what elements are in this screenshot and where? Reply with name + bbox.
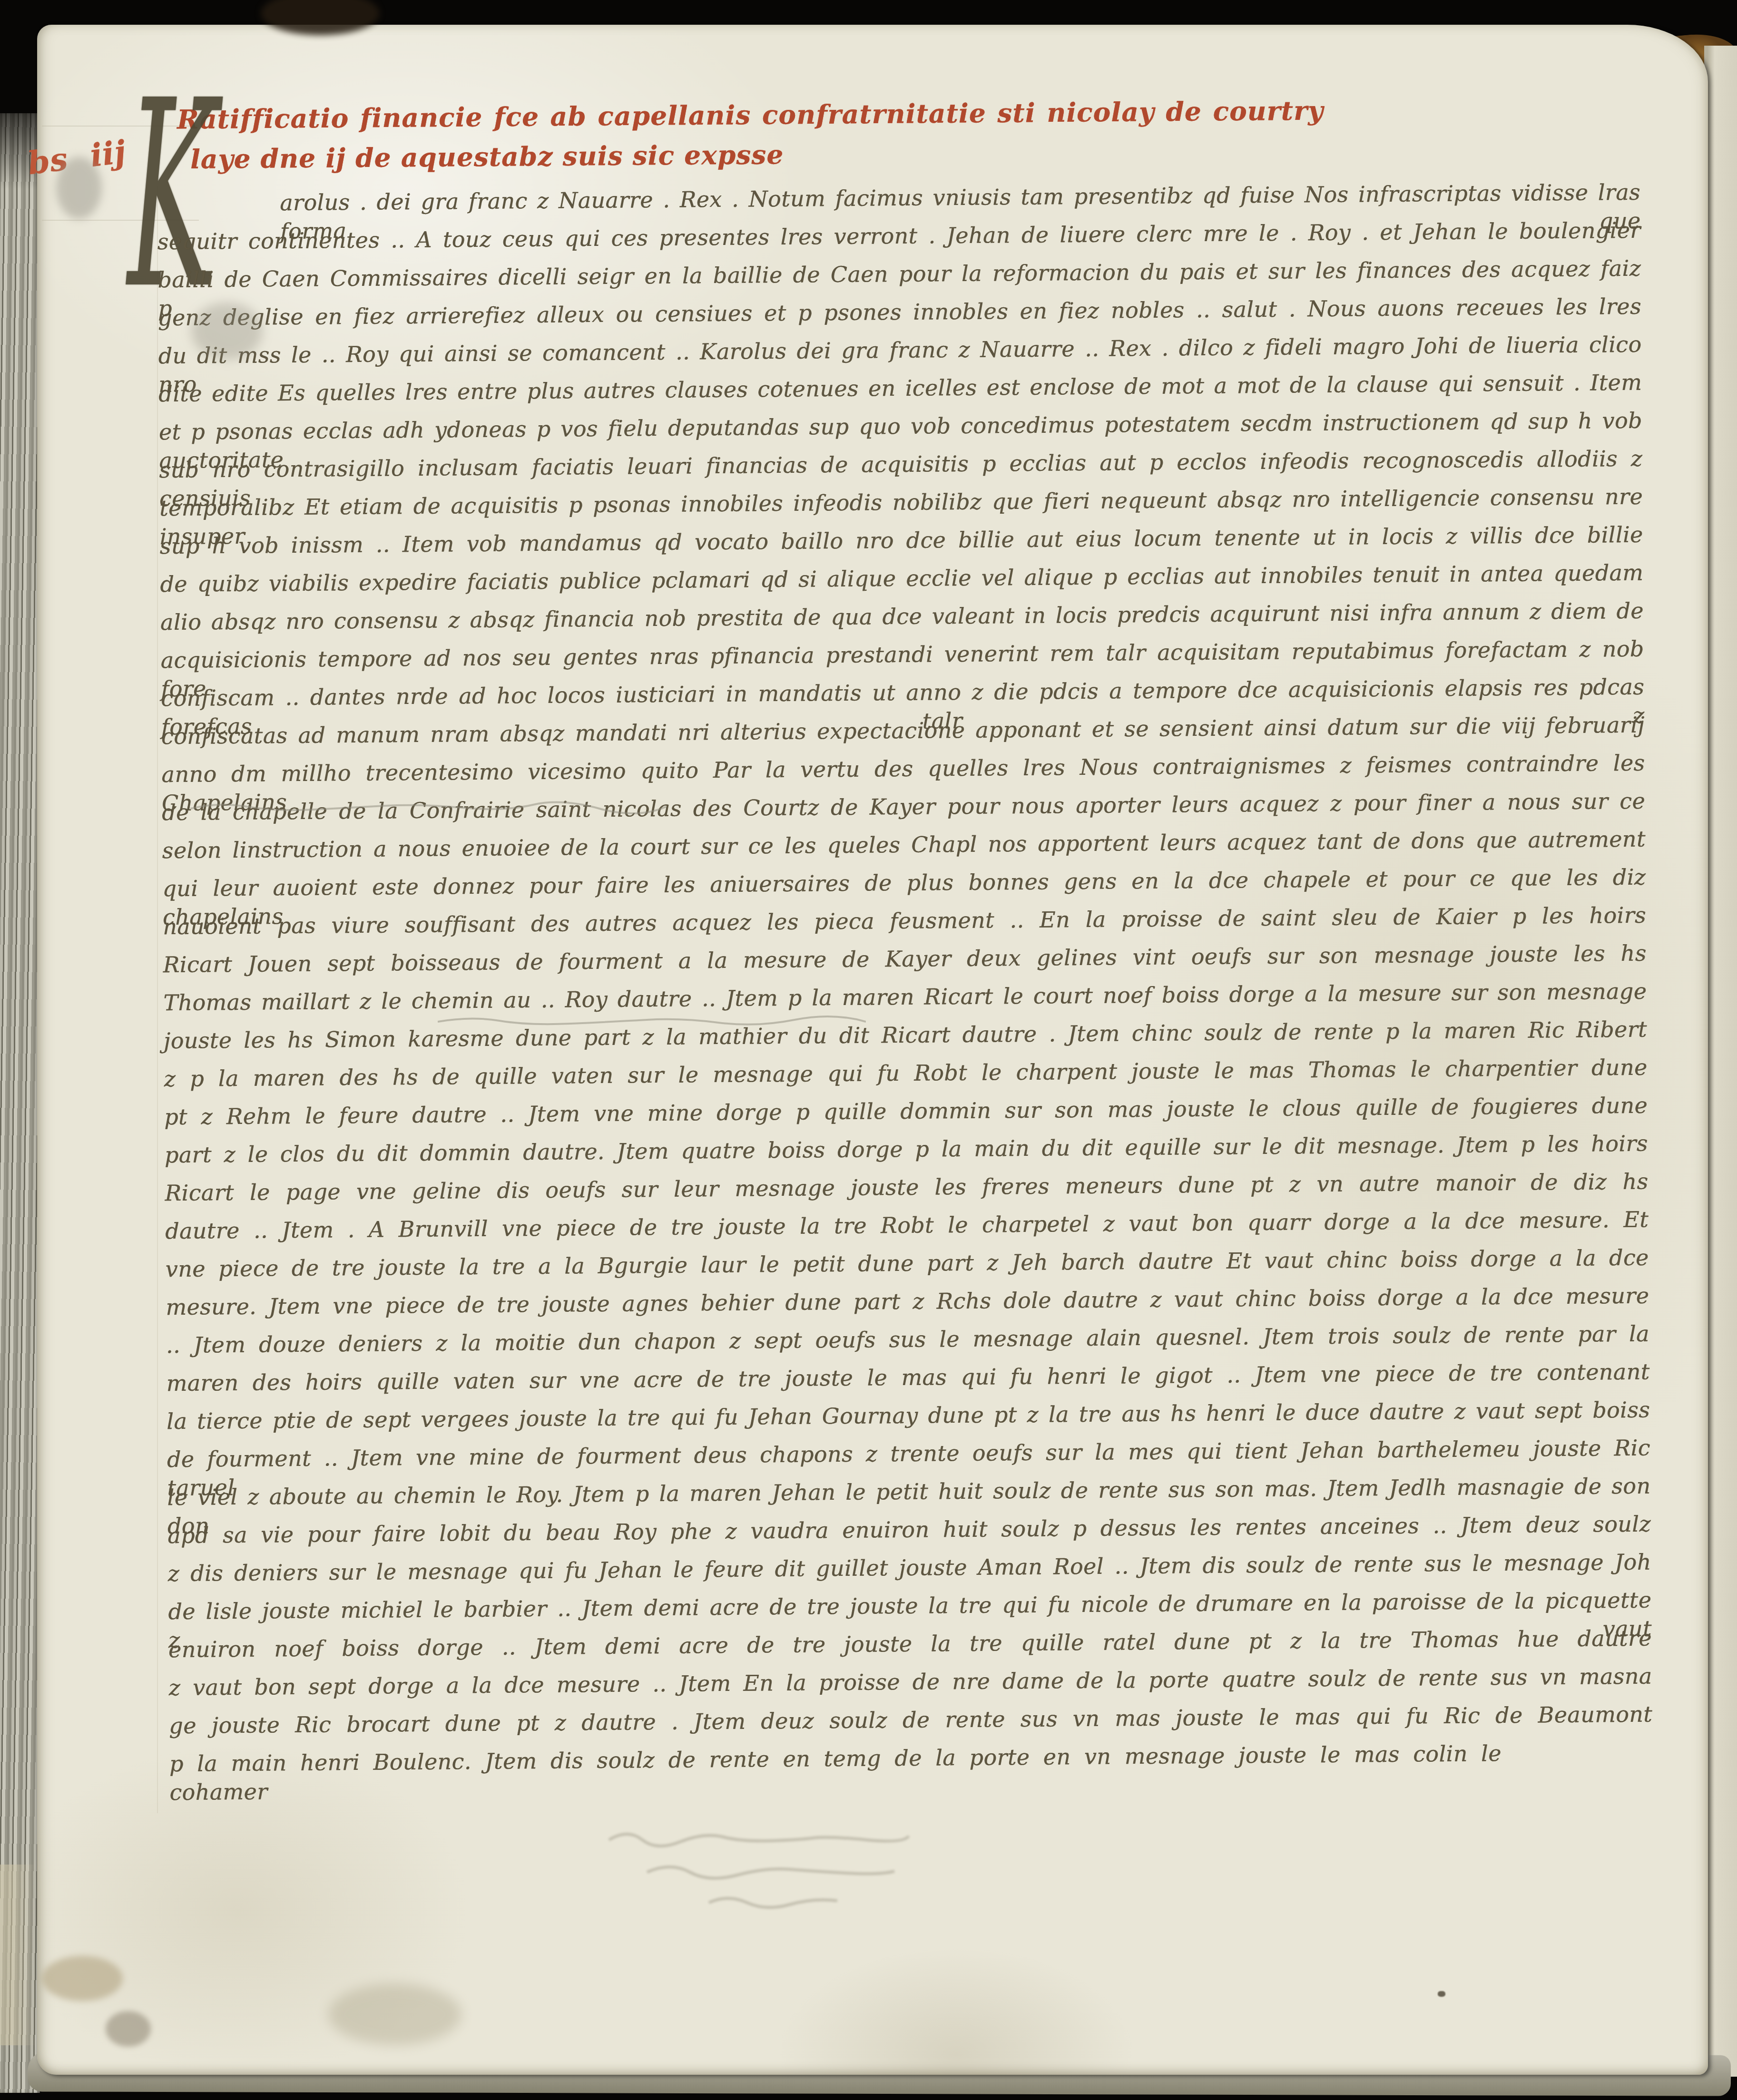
manuscript-line: alio absqz nro consensu z absqz financia…: [160, 596, 1644, 636]
manuscript-line: ge jouste Ric brocart dune pt z dautre .…: [169, 1700, 1652, 1740]
show-through-writing: [590, 1821, 952, 1925]
smudge: [56, 157, 102, 219]
manuscript-line: .. Jtem douze deniers z la moitie dun ch…: [166, 1319, 1649, 1359]
manuscript-photograph: bs iij Ratifficatio financie fce ab cape…: [0, 0, 1737, 2100]
stain: [328, 1983, 461, 2045]
manuscript-line: de quibz viabilis expedire faciatis publ…: [160, 558, 1643, 598]
manuscript-line: pt z Rehm le feure dautre .. Jtem vne mi…: [164, 1091, 1648, 1131]
cancellation-squiggle: [438, 1012, 866, 1031]
stain: [42, 1956, 123, 2001]
manuscript-line: Ricart Jouen sept boisseaus de fourment …: [163, 939, 1646, 979]
manuscript-line: Thomas maillart z le chemin au .. Roy da…: [163, 977, 1647, 1017]
smudge: [191, 303, 263, 360]
cancellation-squiggle: [190, 798, 666, 817]
manuscript-line: dautre .. Jtem . A Brunvill vne piece de…: [165, 1205, 1649, 1245]
text-block: arolus . dei gra franc z Nauarre . Rex .…: [0, 0, 1737, 2100]
stain: [106, 2011, 151, 2047]
manuscript-line: part z le clos du dit dommin dautre. Jte…: [165, 1129, 1648, 1169]
manuscript-line: vne piece de tre jouste la tre a la Bgur…: [165, 1243, 1649, 1283]
manuscript-line: Ricart le page vne geline dis oeufs sur …: [165, 1167, 1648, 1207]
manuscript-line: la tierce ptie de sept vergees jouste la…: [167, 1396, 1650, 1436]
manuscript-line: z p la maren des hs de quille vaten sur …: [164, 1053, 1647, 1093]
manuscript-line: selon linstruction a nous enuoiee de la …: [162, 825, 1646, 865]
manuscript-line: mesure. Jtem vne piece de tre jouste agn…: [166, 1281, 1649, 1321]
manuscript-line: maren des hoirs quille vaten sur vne acr…: [166, 1358, 1649, 1397]
manuscript-line: p la main henri Boulenc. Jtem dis soulz …: [169, 1739, 1502, 1807]
manuscript-line: jouste les hs Simon karesme dune part z …: [164, 1015, 1647, 1055]
ink-spot: [1438, 1991, 1445, 1997]
manuscript-line: z dis deniers sur le mesnage qui fu Jeha…: [167, 1548, 1651, 1588]
manuscript-line: z vaut bon sept dorge a la dce mesure ..…: [168, 1662, 1652, 1702]
